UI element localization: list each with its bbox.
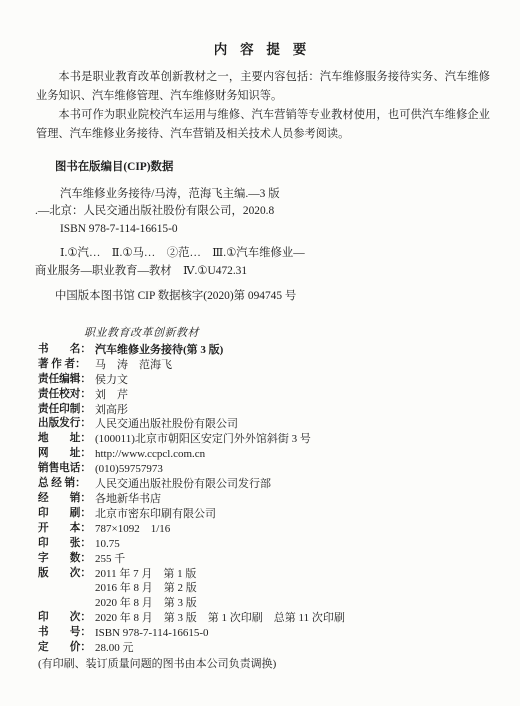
colophon-row-10: 总 经 销：人民交通出版社股份有限公司发行部: [38, 477, 496, 492]
colophon-row-value: 侯力文: [95, 373, 128, 388]
colophon-row-15: 字 数：255 千: [38, 552, 496, 567]
colophon-row-label: 定 价：: [38, 641, 95, 656]
colophon-row-16: 版 次：2011 年 7 月 第 1 版: [38, 567, 496, 582]
colophon-row-label: 经 销：: [38, 492, 95, 507]
colophon-row-label: 责任编辑：: [38, 373, 95, 388]
colophon-row-label: 出版发行：: [38, 417, 95, 432]
cip-line-2: .—北京：人民交通出版社股份有限公司，2020.8: [35, 203, 490, 221]
colophon-row-value: 787×1092 1/16: [95, 522, 170, 537]
colophon-row-value: 2016 年 8 月 第 2 版: [95, 581, 197, 596]
cip-line-6: 中国版本图书馆 CIP 数据核字(2020)第 094745 号: [35, 288, 490, 306]
colophon-row-label: 开 本：: [38, 522, 95, 537]
content-summary-paragraphs: 本书是职业教育改革创新教材之一，主要内容包括：汽车维修服务接待实务、汽车维修业务…: [36, 68, 490, 144]
series-title: 职业教育改革创新教材: [38, 326, 496, 341]
copyright-page: 内容提要 本书是职业教育改革创新教材之一，主要内容包括：汽车维修服务接待实务、汽…: [0, 0, 520, 706]
colophon-row-1: 书 名：汽车维修业务接待(第 3 版): [38, 343, 496, 358]
content-summary-title: 内容提要: [0, 38, 520, 58]
colophon-row-label: 印 张：: [38, 537, 95, 552]
summary-paragraph-1: 本书是职业教育改革创新教材之一，主要内容包括：汽车维修服务接待实务、汽车维修业务…: [36, 68, 490, 106]
colophon-row-value: (100011)北京市朝阳区安定门外外馆斜街 3 号: [95, 432, 311, 447]
cip-lines: 汽车维修业务接待/马涛，范海飞主编.—3 版.—北京：人民交通出版社股份有限公司…: [35, 186, 490, 306]
quality-note: (有印刷、装订质量问题的图书由本公司负责调换): [38, 657, 496, 672]
colophon-row-value: 刘高彤: [95, 403, 128, 418]
colophon-row-value: http://www.ccpcl.com.cn: [95, 447, 205, 462]
colophon-row-label: [38, 581, 95, 596]
colophon-row-label: 责任印制：: [38, 403, 95, 418]
cip-block: 图书在版编目(CIP)数据 汽车维修业务接待/马涛，范海飞主编.—3 版.—北京…: [35, 159, 490, 305]
cip-line-4: Ⅰ.①汽… Ⅱ.①马… ②范… Ⅲ.①汽车维修业—: [35, 245, 490, 263]
colophon-row-label: 总 经 销：: [38, 477, 95, 492]
colophon-row-3: 责任编辑：侯力文: [38, 373, 496, 388]
colophon-row-18: 2020 年 8 月 第 3 版: [38, 596, 496, 611]
colophon-row-value: ISBN 978-7-114-16615-0: [95, 626, 209, 641]
colophon-row-value: 2011 年 7 月 第 1 版: [95, 567, 196, 582]
cip-heading: 图书在版编目(CIP)数据: [35, 159, 490, 177]
colophon-row-label: [38, 596, 95, 611]
colophon-row-label: 版 次：: [38, 567, 95, 582]
colophon-row-label: 印 刷：: [38, 507, 95, 522]
colophon-row-6: 出版发行：人民交通出版社股份有限公司: [38, 417, 496, 432]
colophon-row-label: 书 名：: [38, 343, 95, 358]
colophon-row-13: 开 本：787×1092 1/16: [38, 522, 496, 537]
colophon-row-value: 28.00 元: [95, 641, 134, 656]
colophon-row-value: 刘 芹: [95, 388, 128, 403]
colophon-row-value: (010)59757973: [95, 462, 163, 477]
colophon-row-value: 人民交通出版社股份有限公司发行部: [95, 477, 271, 492]
colophon-row-4: 责任校对：刘 芹: [38, 388, 496, 403]
colophon-row-value: 马 涛 范海飞: [95, 358, 172, 373]
colophon-row-value: 北京市密东印刷有限公司: [95, 507, 216, 522]
colophon-row-label: 著 作 者：: [38, 358, 95, 373]
colophon-row-19: 印 次：2020 年 8 月 第 3 版 第 1 次印刷 总第 11 次印刷: [38, 611, 496, 626]
colophon-row-12: 印 刷：北京市密东印刷有限公司: [38, 507, 496, 522]
cip-line-1: 汽车维修业务接待/马涛，范海飞主编.—3 版: [35, 186, 490, 204]
colophon-row-value: 255 千: [95, 552, 125, 567]
colophon-row-value: 汽车维修业务接待(第 3 版): [95, 343, 223, 358]
colophon-row-11: 经 销：各地新华书店: [38, 492, 496, 507]
colophon-row-5: 责任印制：刘高彤: [38, 403, 496, 418]
colophon-row-label: 印 次：: [38, 611, 95, 626]
colophon-row-21: 定 价：28.00 元: [38, 641, 496, 656]
summary-paragraph-2: 本书可作为职业院校汽车运用与维修、汽车营销等专业教材使用，也可供汽车维修企业管理…: [36, 106, 490, 144]
colophon-row-14: 印 张：10.75: [38, 537, 496, 552]
colophon-row-label: 书 号：: [38, 626, 95, 641]
colophon-row-17: 2016 年 8 月 第 2 版: [38, 581, 496, 596]
colophon-row-value: 各地新华书店: [95, 492, 161, 507]
colophon-row-2: 著 作 者：马 涛 范海飞: [38, 358, 496, 373]
colophon-row-8: 网 址：http://www.ccpcl.com.cn: [38, 447, 496, 462]
colophon-row-label: 责任校对：: [38, 388, 95, 403]
colophon-row-label: 字 数：: [38, 552, 95, 567]
colophon-block: 职业教育改革创新教材 书 名：汽车维修业务接待(第 3 版)著 作 者：马 涛 …: [38, 326, 496, 672]
cip-line-5: 商业服务—职业教育—教材 Ⅳ.①U472.31: [35, 263, 490, 281]
colophon-row-label: 网 址：: [38, 447, 95, 462]
colophon-row-9: 销售电话：(010)59757973: [38, 462, 496, 477]
colophon-row-value: 2020 年 8 月 第 3 版: [95, 596, 197, 611]
colophon-row-label: 地 址：: [38, 432, 95, 447]
cip-line-3: ISBN 978-7-114-16615-0: [35, 221, 490, 239]
colophon-row-value: 2020 年 8 月 第 3 版 第 1 次印刷 总第 11 次印刷: [95, 611, 345, 626]
colophon-row-label: 销售电话：: [38, 462, 95, 477]
colophon-row-20: 书 号：ISBN 978-7-114-16615-0: [38, 626, 496, 641]
colophon-row-value: 10.75: [95, 537, 120, 552]
colophon-rows: 书 名：汽车维修业务接待(第 3 版)著 作 者：马 涛 范海飞责任编辑：侯力文…: [38, 343, 496, 656]
colophon-row-7: 地 址：(100011)北京市朝阳区安定门外外馆斜街 3 号: [38, 432, 496, 447]
colophon-row-value: 人民交通出版社股份有限公司: [95, 417, 238, 432]
